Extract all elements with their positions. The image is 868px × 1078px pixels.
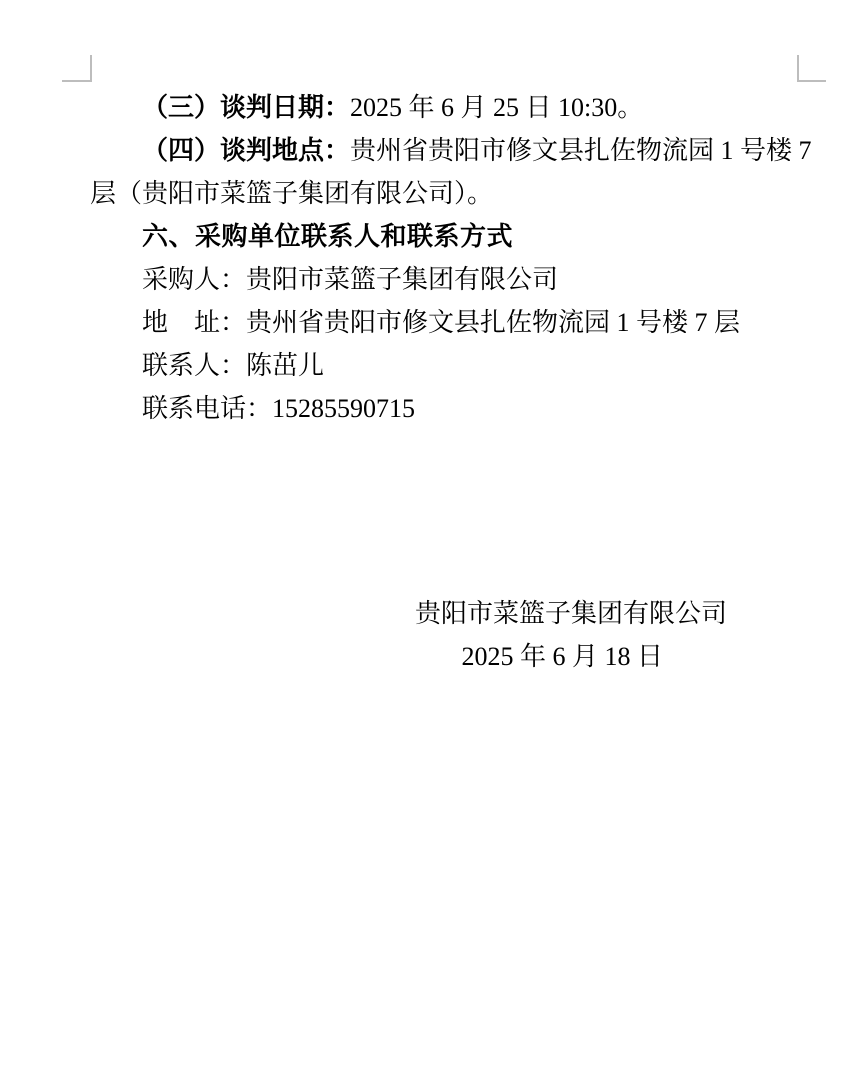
section-heading-contact-info: 六、采购单位联系人和联系方式 (90, 215, 798, 258)
contact-person-value: 陈茁儿 (246, 351, 324, 380)
paragraph-negotiation-location-line1: （四）谈判地点：贵州省贵阳市修文县扎佐物流园 1 号楼 7 (90, 129, 798, 172)
contact-phone-label: 联系电话： (142, 394, 272, 423)
blank-space (90, 430, 798, 592)
buyer-value: 贵阳市菜篮子集团有限公司 (246, 265, 558, 294)
negotiation-location-label: （四）谈判地点： (142, 136, 350, 165)
address-label: 地 址： (142, 308, 246, 337)
margin-crop-mark-top-right-vertical (797, 55, 799, 82)
contact-phone-value: 15285590715 (272, 394, 415, 423)
paragraph-negotiation-date: （三）谈判日期：2025 年 6 月 25 日 10:30。 (90, 86, 798, 129)
document-page: （三）谈判日期：2025 年 6 月 25 日 10:30。 （四）谈判地点：贵… (0, 0, 868, 1078)
margin-crop-mark-top-left-horizontal (62, 80, 92, 82)
negotiation-date-label: （三）谈判日期： (142, 93, 350, 122)
paragraph-contact-phone: 联系电话：15285590715 (90, 387, 798, 430)
paragraph-buyer: 采购人：贵阳市菜篮子集团有限公司 (90, 258, 798, 301)
document-body: （三）谈判日期：2025 年 6 月 25 日 10:30。 （四）谈判地点：贵… (90, 86, 798, 678)
margin-crop-mark-top-left-vertical (90, 55, 92, 82)
signature-date: 2025 年 6 月 18 日 (90, 635, 798, 678)
signature-company: 贵阳市菜篮子集团有限公司 (90, 592, 798, 635)
paragraph-negotiation-location-line2: 层（贵阳市菜篮子集团有限公司）。 (90, 172, 798, 215)
address-value: 贵州省贵阳市修文县扎佐物流园 1 号楼 7 层 (246, 308, 740, 337)
margin-crop-mark-top-right-horizontal (797, 80, 826, 82)
negotiation-date-value: 2025 年 6 月 25 日 10:30。 (350, 93, 643, 122)
negotiation-location-value-line1: 贵州省贵阳市修文县扎佐物流园 1 号楼 7 (350, 136, 812, 165)
buyer-label: 采购人： (142, 265, 246, 294)
paragraph-address: 地 址：贵州省贵阳市修文县扎佐物流园 1 号楼 7 层 (90, 301, 798, 344)
paragraph-contact-person: 联系人：陈茁儿 (90, 344, 798, 387)
contact-person-label: 联系人： (142, 351, 246, 380)
negotiation-location-value-line2: 层（贵阳市菜篮子集团有限公司）。 (90, 179, 493, 208)
